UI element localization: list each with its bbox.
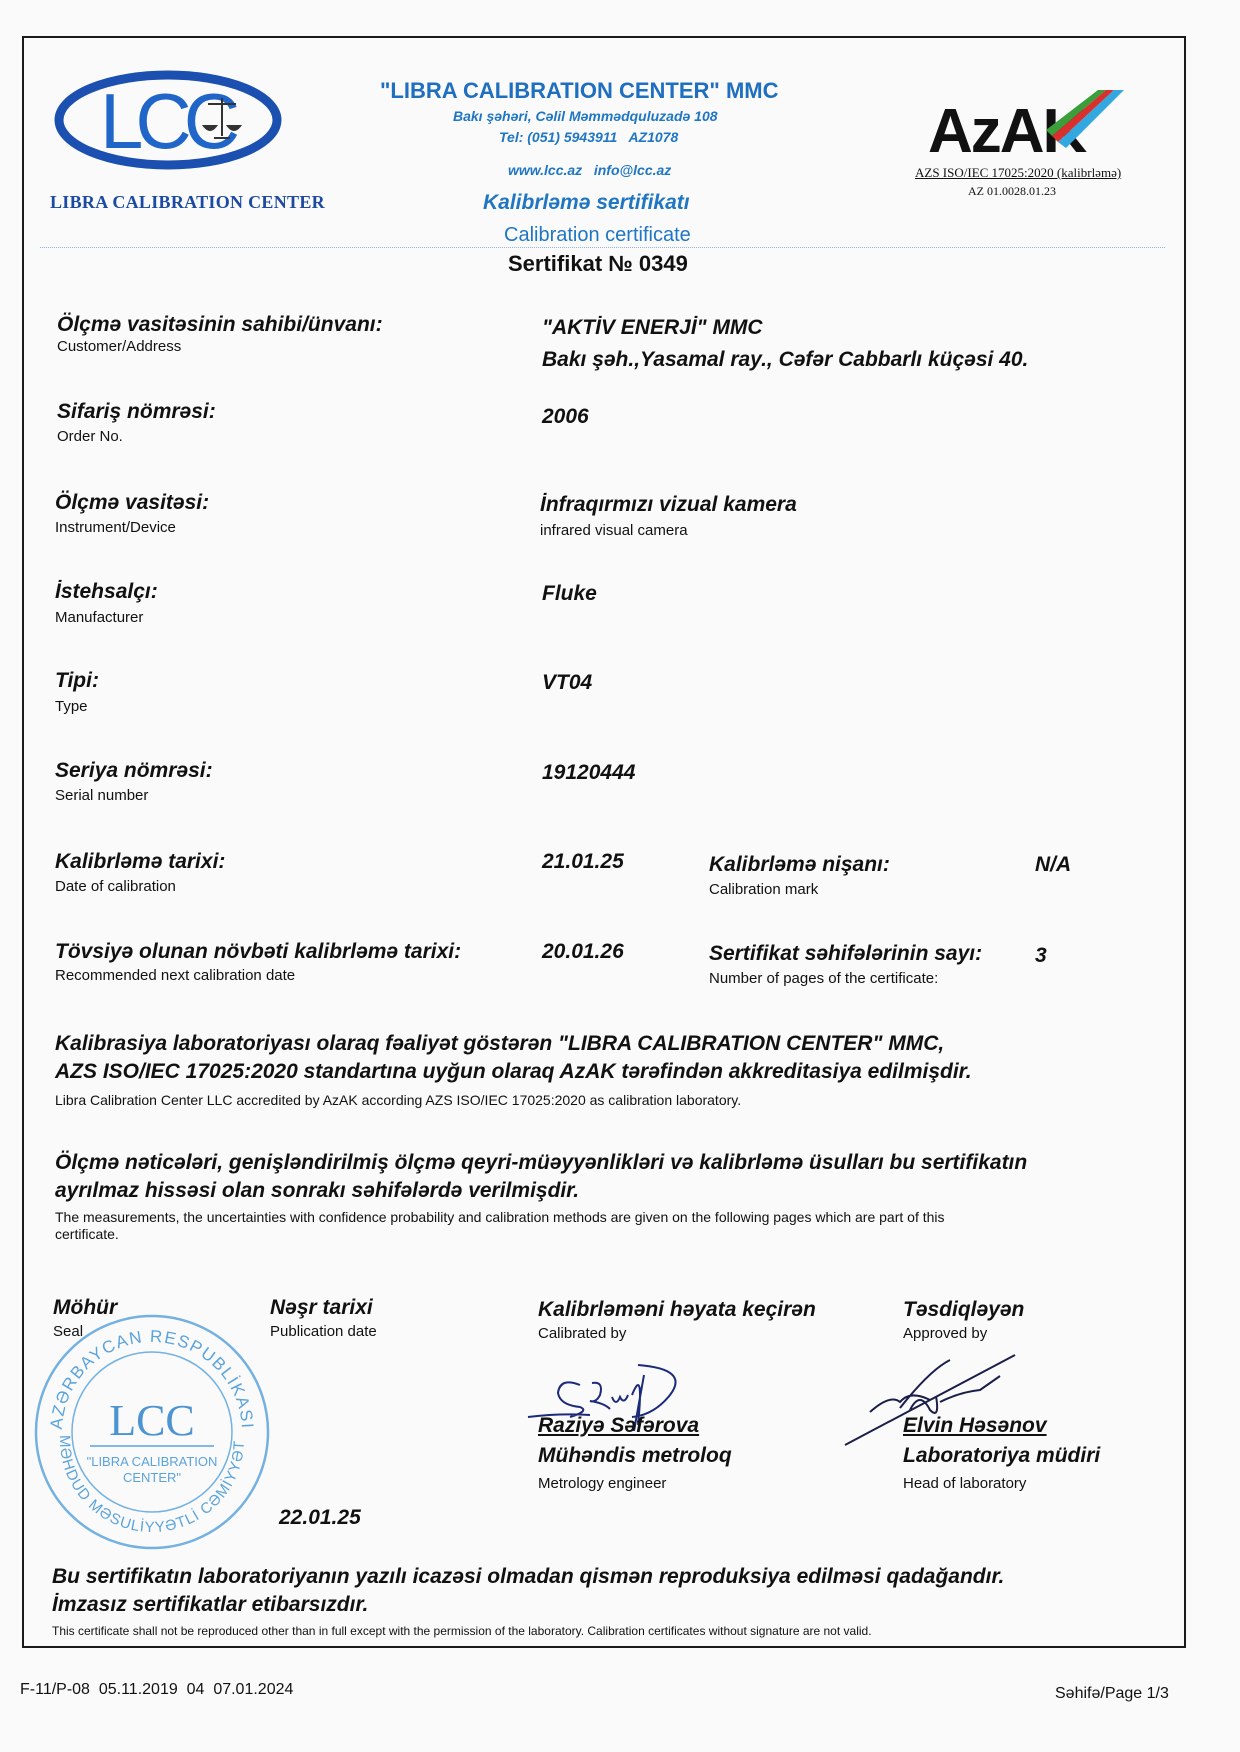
next-calibration-label-en: Recommended next calibration date [55, 967, 295, 984]
notice-az-line2: İmzasız sertifikatlar etibarsızdır. [52, 1591, 368, 1618]
publication-date: 22.01.25 [279, 1506, 361, 1530]
instrument-value: İnfraqırmızı vizual kamera [540, 493, 797, 517]
manufacturer-label-en: Manufacturer [55, 609, 143, 626]
org-name: "LIBRA CALIBRATION CENTER" MMC [380, 78, 779, 104]
certificate-number: Sertifikat № 0349 [508, 251, 688, 277]
next-calibration-value: 20.01.26 [542, 940, 624, 964]
calibration-date-label-en: Date of calibration [55, 878, 176, 895]
azak-logo-icon: AzAK [928, 90, 1128, 160]
page-number: Səhifə/Page 1/3 [1055, 1685, 1169, 1703]
next-calibration-label: Tövsiyə olunan növbəti kalibrləmə tarixi… [55, 940, 461, 964]
azak-logo: AzAK [928, 90, 1128, 160]
accreditation-az-line2: AZS ISO/IEC 17025:2020 standartına uyğun… [55, 1058, 972, 1085]
type-value: VT04 [542, 671, 592, 695]
approver-role: Laboratoriya müdiri [903, 1444, 1100, 1468]
accreditation-number: AZ 01.0028.01.23 [968, 184, 1056, 199]
calibration-date-value: 21.01.25 [542, 850, 624, 874]
serial-label-en: Serial number [55, 787, 148, 804]
lcc-logo-icon: LCC [52, 68, 284, 172]
form-code: F-11/P-08 05.11.2019 04 07.01.2024 [20, 1681, 293, 1699]
calibrated-by-label-en: Calibrated by [538, 1325, 626, 1342]
accreditation-en: Libra Calibration Center LLC accredited … [55, 1092, 741, 1109]
type-label: Tipi: [55, 669, 99, 693]
calibration-mark-label-en: Calibration mark [709, 881, 818, 898]
org-web: www.lcc.az info@lcc.az [508, 162, 671, 178]
calibration-mark-value: N/A [1035, 853, 1071, 877]
seal-stamp-icon: AZƏRBAYCAN RESPUBLİKASI MƏHDUD MƏSULİYYƏ… [30, 1310, 274, 1554]
svg-text:LCC: LCC [100, 77, 238, 165]
results-az-line2: ayrılmaz hissəsi olan sonrakı səhifələrd… [55, 1177, 579, 1204]
publication-label-en: Publication date [270, 1323, 377, 1340]
results-az-line1: Ölçmə nəticələri, genişləndirilmiş ölçmə… [55, 1149, 1027, 1176]
instrument-label: Ölçmə vasitəsi: [55, 491, 209, 515]
instrument-label-en: Instrument/Device [55, 519, 176, 536]
accreditation-az-line1: Kalibrasiya laboratoriyası olaraq fəaliy… [55, 1030, 944, 1057]
manufacturer-value: Fluke [542, 582, 597, 606]
title-az: Kalibrləmə sertifikatı [483, 191, 690, 215]
customer-name: "AKTİV ENERJİ" MMC [542, 316, 763, 340]
company-seal: AZƏRBAYCAN RESPUBLİKASI MƏHDUD MƏSULİYYƏ… [30, 1310, 274, 1554]
calibrated-by-label: Kalibrləməni həyata keçirən [538, 1298, 816, 1322]
calibrator-role: Mühəndis metroloq [538, 1444, 732, 1468]
order-value: 2006 [542, 405, 589, 429]
customer-label-en: Customer/Address [57, 338, 181, 355]
results-en-line2: certificate. [55, 1226, 119, 1243]
serial-label: Seriya nömrəsi: [55, 759, 213, 783]
calibrator-role-en: Metrology engineer [538, 1475, 666, 1492]
accreditation-standard: AZS ISO/IEC 17025:2020 (kalibrləmə) [915, 165, 1121, 181]
calibrator-name: Raziyə Səfərova [538, 1414, 699, 1438]
approver-role-en: Head of laboratory [903, 1475, 1026, 1492]
svg-text:CENTER": CENTER" [123, 1470, 181, 1485]
order-label: Sifariş nömrəsi: [57, 400, 216, 424]
customer-label: Ölçmə vasitəsinin sahibi/ünvanı: [57, 313, 383, 337]
svg-text:LCC: LCC [109, 1396, 195, 1445]
instrument-value-en: infrared visual camera [540, 522, 688, 539]
page-count-label-en: Number of pages of the certificate: [709, 970, 938, 987]
type-label-en: Type [55, 698, 88, 715]
lcc-logo: LCC [52, 68, 284, 172]
notice-en: This certificate shall not be reproduced… [52, 1624, 872, 1638]
org-address: Bakı şəhəri, Cəlil Məmmədquluzadə 108 [453, 108, 718, 124]
title-en: Calibration certificate [504, 224, 691, 247]
calibration-date-label: Kalibrləmə tarixi: [55, 850, 225, 874]
results-en-line1: The measurements, the uncertainties with… [55, 1209, 945, 1226]
logo-caption: LIBRA CALIBRATION CENTER [50, 192, 325, 213]
approved-by-label-en: Approved by [903, 1325, 987, 1342]
manufacturer-label: İstehsalçı: [55, 580, 158, 604]
approver-name: Elvin Həsənov [903, 1414, 1047, 1438]
calibration-mark-label: Kalibrləmə nişanı: [709, 853, 890, 877]
header-divider [40, 247, 1165, 248]
page-count-label: Sertifikat səhifələrinin sayı: [709, 942, 982, 966]
svg-text:"LIBRA CALIBRATION: "LIBRA CALIBRATION [87, 1454, 218, 1469]
customer-address: Bakı şəh.,Yasamal ray., Cəfər Cabbarlı k… [542, 348, 1028, 372]
org-phone: Tel: (051) 5943911 AZ1078 [499, 129, 678, 145]
approved-by-label: Təsdiqləyən [903, 1298, 1024, 1322]
order-label-en: Order No. [57, 428, 123, 445]
serial-value: 19120444 [542, 761, 635, 785]
publication-label: Nəşr tarixi [270, 1296, 373, 1320]
notice-az-line1: Bu sertifikatın laboratoriyanın yazılı i… [52, 1563, 1004, 1590]
page-count-value: 3 [1035, 944, 1047, 968]
